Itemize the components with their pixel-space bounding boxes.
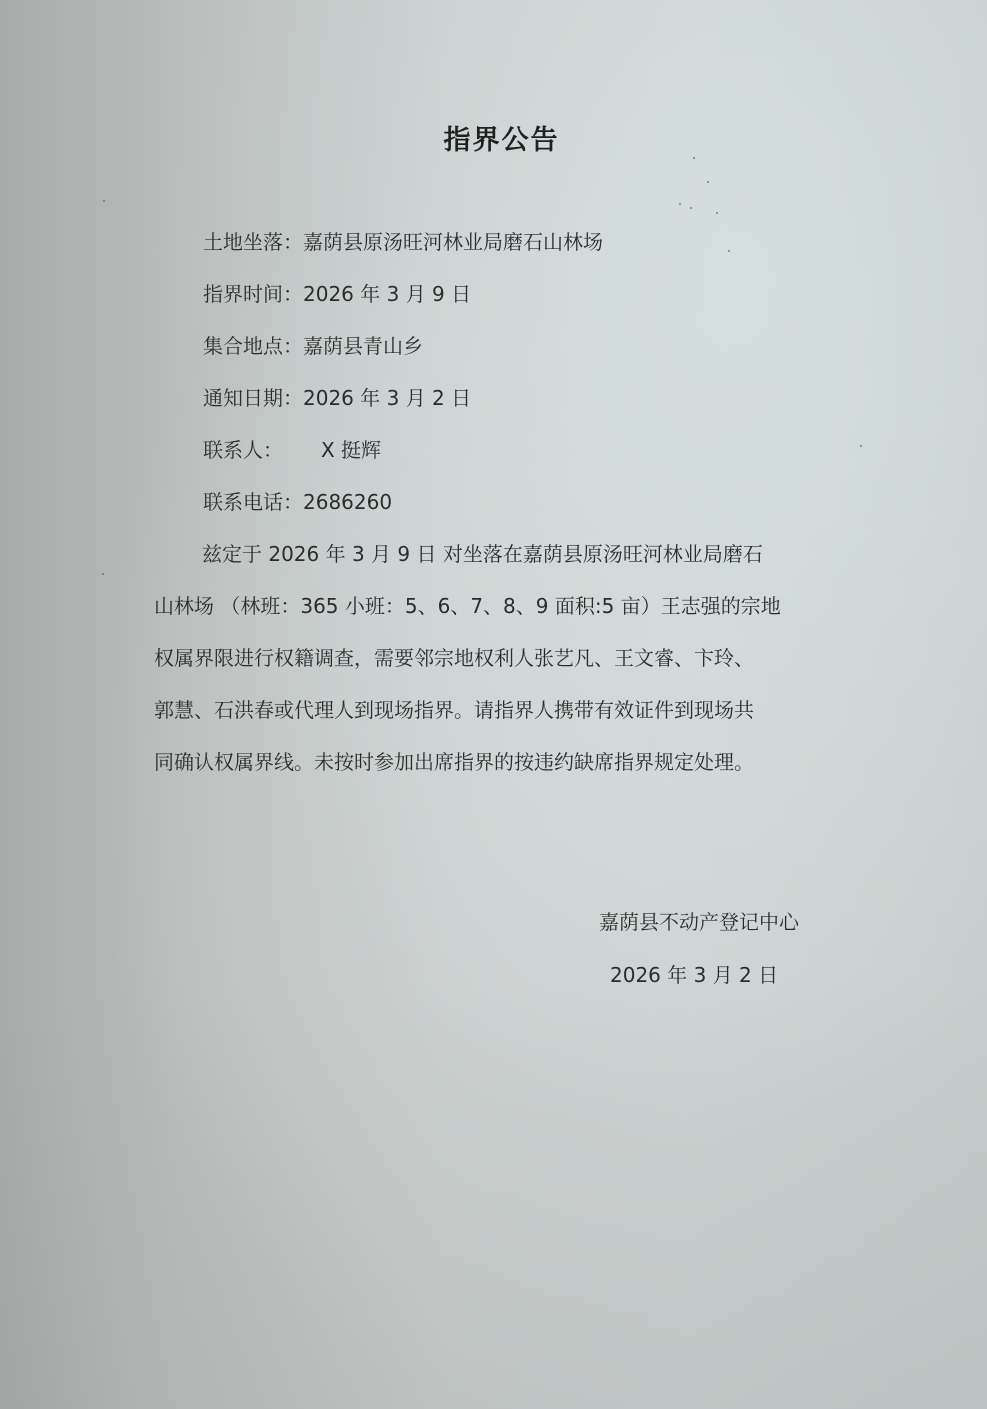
paper-speck <box>103 200 105 202</box>
field-value: 嘉荫县原汤旺河林业局磨石山林场 <box>303 226 603 255</box>
field-meeting-place: 集合地点：嘉荫县青山乡 <box>203 330 423 359</box>
field-label: 土地坐落： <box>203 226 303 255</box>
field-label: 联系电话： <box>203 486 303 515</box>
paper-speck <box>728 250 730 252</box>
field-label: 通知日期： <box>203 382 303 411</box>
field-land-location: 土地坐落：嘉荫县原汤旺河林业局磨石山林场 <box>203 226 603 255</box>
field-value: X 挺辉 <box>321 434 381 463</box>
body-line: 同确认权属界线。未按时参加出席指界的按违约缺席指界规定处理。 <box>154 746 754 775</box>
field-contact-phone: 联系电话：2686260 <box>203 486 392 515</box>
paper-speck <box>716 212 718 214</box>
field-label: 集合地点： <box>203 330 303 359</box>
field-notice-date: 通知日期：2026 年 3 月 2 日 <box>203 382 471 411</box>
body-line: 权属界限进行权籍调查，需要邻宗地权利人张艺凡、王文睿、卞玲、 <box>154 642 754 671</box>
issuing-organization: 嘉荫县不动产登记中心 <box>599 906 799 935</box>
paper-speck <box>690 207 692 209</box>
field-value: 2686260 <box>303 490 392 514</box>
document-title: 指界公告 <box>0 118 987 157</box>
field-value: 2026 年 3 月 9 日 <box>303 278 471 307</box>
field-label: 指界时间： <box>203 278 303 307</box>
body-line: 郭慧、石洪春或代理人到现场指界。请指界人携带有效证件到现场共 <box>154 694 754 723</box>
paper-speck <box>707 181 709 183</box>
paper-speck <box>679 203 681 205</box>
issue-date: 2026 年 3 月 2 日 <box>610 959 778 988</box>
paper-speck <box>860 445 862 447</box>
paper-speck <box>693 157 695 159</box>
field-contact-person: 联系人：X 挺辉 <box>203 434 381 463</box>
body-line: 兹定于 2026 年 3 月 9 日 对坐落在嘉荫县原汤旺河林业局磨石 <box>202 538 763 567</box>
field-label: 联系人： <box>203 434 283 463</box>
body-line: 山林场 （林班：365 小班：5、6、7、8、9 面积:5 亩）王志强的宗地 <box>154 590 781 619</box>
field-boundary-time: 指界时间：2026 年 3 月 9 日 <box>203 278 471 307</box>
paper-speck <box>102 573 104 575</box>
field-value: 嘉荫县青山乡 <box>303 330 423 359</box>
field-value: 2026 年 3 月 2 日 <box>303 382 471 411</box>
